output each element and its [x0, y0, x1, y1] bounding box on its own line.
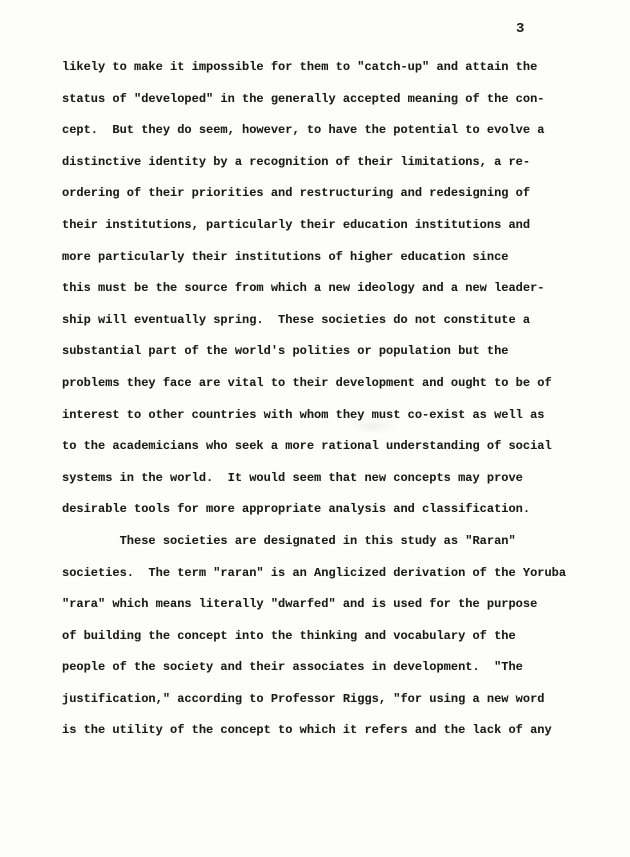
text-line: distinctive identity by a recognition of… — [62, 147, 582, 179]
text-line: this must be the source from which a new… — [62, 273, 582, 305]
text-line: is the utility of the concept to which i… — [62, 715, 582, 747]
text-line: cept. But they do seem, however, to have… — [62, 115, 582, 147]
page-number: 3 — [516, 21, 524, 37]
text-line: justification," according to Professor R… — [62, 684, 582, 716]
text-line: problems they face are vital to their de… — [62, 368, 582, 400]
text-line: societies. The term "raran" is an Anglic… — [62, 558, 582, 590]
text-line: systems in the world. It would seem that… — [62, 463, 582, 495]
text-line: interest to other countries with whom th… — [62, 400, 582, 432]
body-text: likely to make it impossible for them to… — [62, 52, 582, 747]
text-line: status of "developed" in the generally a… — [62, 84, 582, 116]
text-line: to the academicians who seek a more rati… — [62, 431, 582, 463]
text-line: ship will eventually spring. These socie… — [62, 305, 582, 337]
text-line: ordering of their priorities and restruc… — [62, 178, 582, 210]
text-line: These societies are designated in this s… — [62, 526, 582, 558]
text-line: their institutions, particularly their e… — [62, 210, 582, 242]
text-line: more particularly their institutions of … — [62, 242, 582, 274]
text-line: desirable tools for more appropriate ana… — [62, 494, 582, 526]
text-line: people of the society and their associat… — [62, 652, 582, 684]
scanned-page: 3 likely to make it impossible for them … — [0, 0, 630, 857]
text-line: substantial part of the world's polities… — [62, 336, 582, 368]
text-line: likely to make it impossible for them to… — [62, 52, 582, 84]
text-line: "rara" which means literally "dwarfed" a… — [62, 589, 582, 621]
text-line: of building the concept into the thinkin… — [62, 621, 582, 653]
